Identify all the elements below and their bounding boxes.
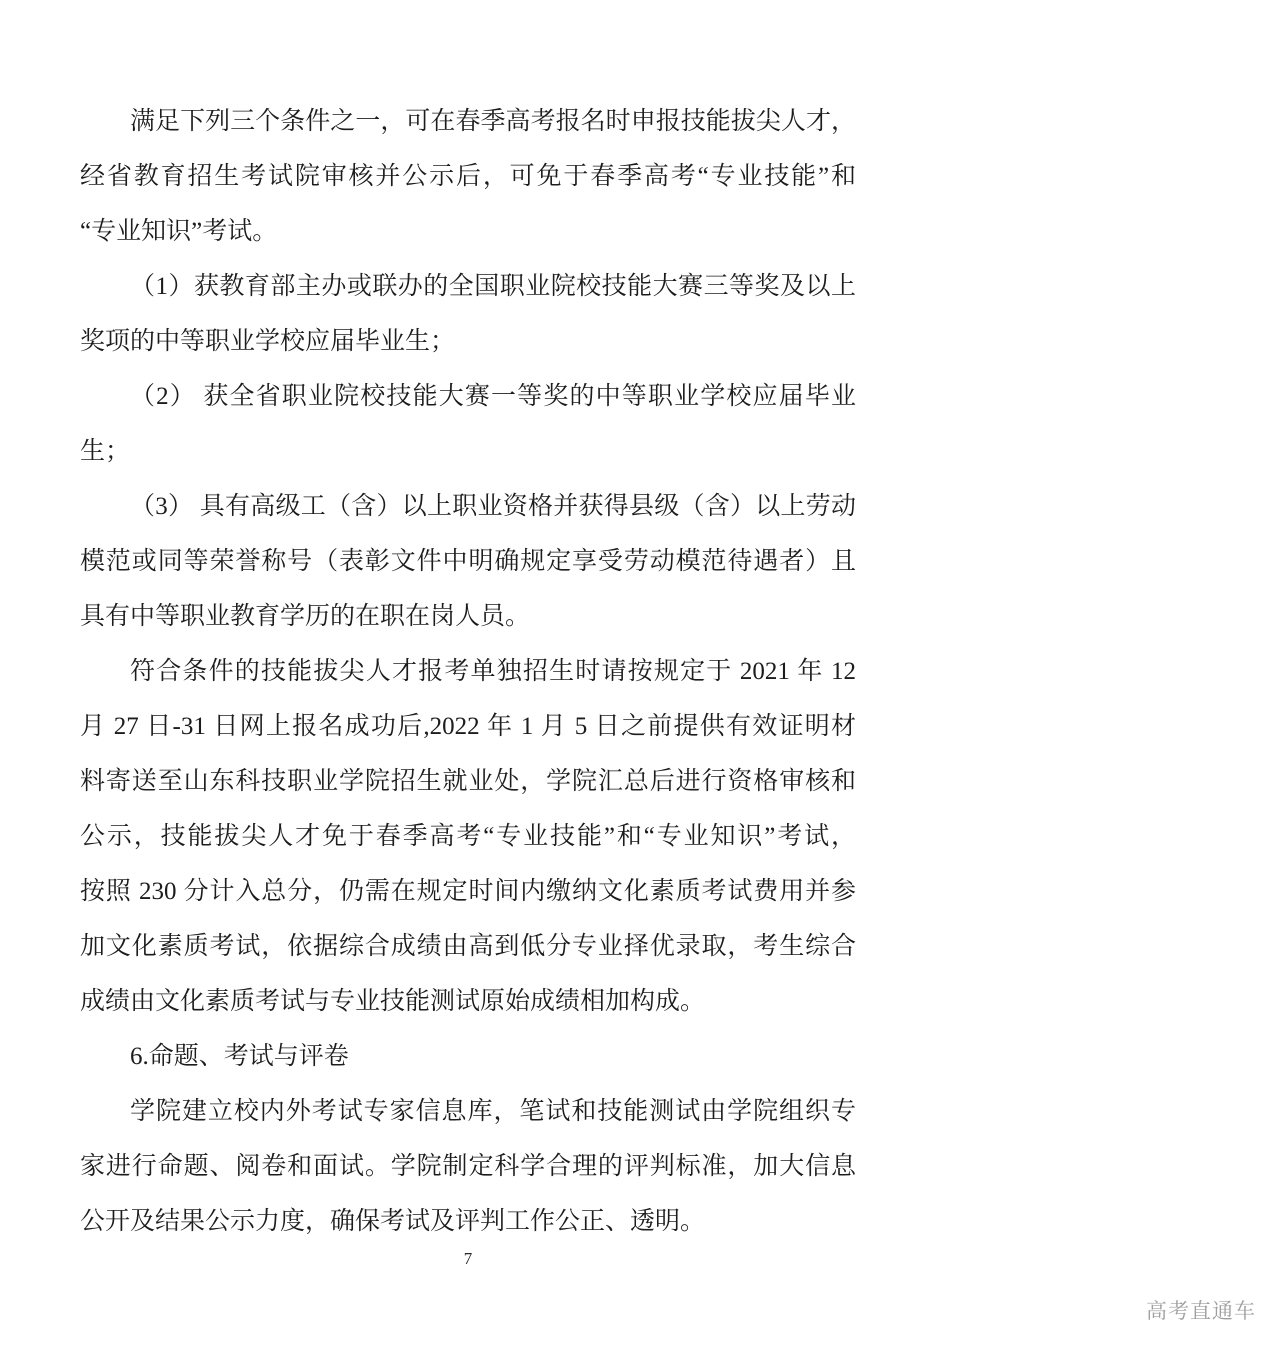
text-line: “专业知识”考试。 — [80, 204, 856, 259]
text-line: 学院建立校内外考试专家信息库，笔试和技能测试由学院组织专 — [80, 1084, 856, 1139]
text-line: 符合条件的技能拔尖人才报考单独招生时请按规定于 2021 年 12 — [80, 644, 856, 699]
text-line: （1）获教育部主办或联办的全国职业院校技能大赛三等奖及以上 — [80, 259, 856, 314]
text-line: 满足下列三个条件之一，可在春季高考报名时申报技能拔尖人才， — [80, 94, 856, 149]
paragraph: 满足下列三个条件之一，可在春季高考报名时申报技能拔尖人才，经省教育招生考试院审核… — [80, 94, 856, 259]
text-line: 家进行命题、阅卷和面试。学院制定科学合理的评判标准，加大信息 — [80, 1139, 856, 1194]
text-line: 加文化素质考试，依据综合成绩由高到低分专业择优录取，考生综合 — [80, 919, 856, 974]
document-page: 满足下列三个条件之一，可在春季高考报名时申报技能拔尖人才，经省教育招生考试院审核… — [0, 0, 1280, 1350]
text-line: 成绩由文化素质考试与专业技能测试原始成绩相加构成。 — [80, 974, 856, 1029]
paragraph: 符合条件的技能拔尖人才报考单独招生时请按规定于 2021 年 12月 27 日-… — [80, 644, 856, 1029]
text-line: （2） 获全省职业院校技能大赛一等奖的中等职业学校应届毕业 — [80, 369, 856, 424]
text-line: 奖项的中等职业学校应届毕业生； — [80, 314, 856, 369]
watermark: 高考直通车 — [1146, 1295, 1256, 1325]
paragraph: 6.命题、考试与评卷 — [80, 1029, 856, 1084]
text-line: 月 27 日-31 日网上报名成功后,2022 年 1 月 5 日之前提供有效证… — [80, 699, 856, 754]
text-line: 模范或同等荣誉称号（表彰文件中明确规定享受劳动模范待遇者）且 — [80, 534, 856, 589]
text-line: 6.命题、考试与评卷 — [80, 1029, 856, 1084]
text-line: 料寄送至山东科技职业学院招生就业处，学院汇总后进行资格审核和 — [80, 754, 856, 809]
text-line: 公开及结果公示力度，确保考试及评判工作公正、透明。 — [80, 1194, 856, 1249]
text-line: 生； — [80, 424, 856, 479]
text-line: 公示，技能拔尖人才免于春季高考“专业技能”和“专业知识”考试， — [80, 809, 856, 864]
paragraph: （2） 获全省职业院校技能大赛一等奖的中等职业学校应届毕业生； — [80, 369, 856, 479]
document-body: 满足下列三个条件之一，可在春季高考报名时申报技能拔尖人才，经省教育招生考试院审核… — [80, 94, 856, 1249]
page-number: 7 — [80, 1249, 856, 1269]
text-line: 经省教育招生考试院审核并公示后，可免于春季高考“专业技能”和 — [80, 149, 856, 204]
paragraph: （3） 具有高级工（含）以上职业资格并获得县级（含）以上劳动模范或同等荣誉称号（… — [80, 479, 856, 644]
text-line: （3） 具有高级工（含）以上职业资格并获得县级（含）以上劳动 — [80, 479, 856, 534]
text-line: 具有中等职业教育学历的在职在岗人员。 — [80, 589, 856, 644]
paragraph: 学院建立校内外考试专家信息库，笔试和技能测试由学院组织专家进行命题、阅卷和面试。… — [80, 1084, 856, 1249]
paragraph: （1）获教育部主办或联办的全国职业院校技能大赛三等奖及以上奖项的中等职业学校应届… — [80, 259, 856, 369]
text-line: 按照 230 分计入总分，仍需在规定时间内缴纳文化素质考试费用并参 — [80, 864, 856, 919]
